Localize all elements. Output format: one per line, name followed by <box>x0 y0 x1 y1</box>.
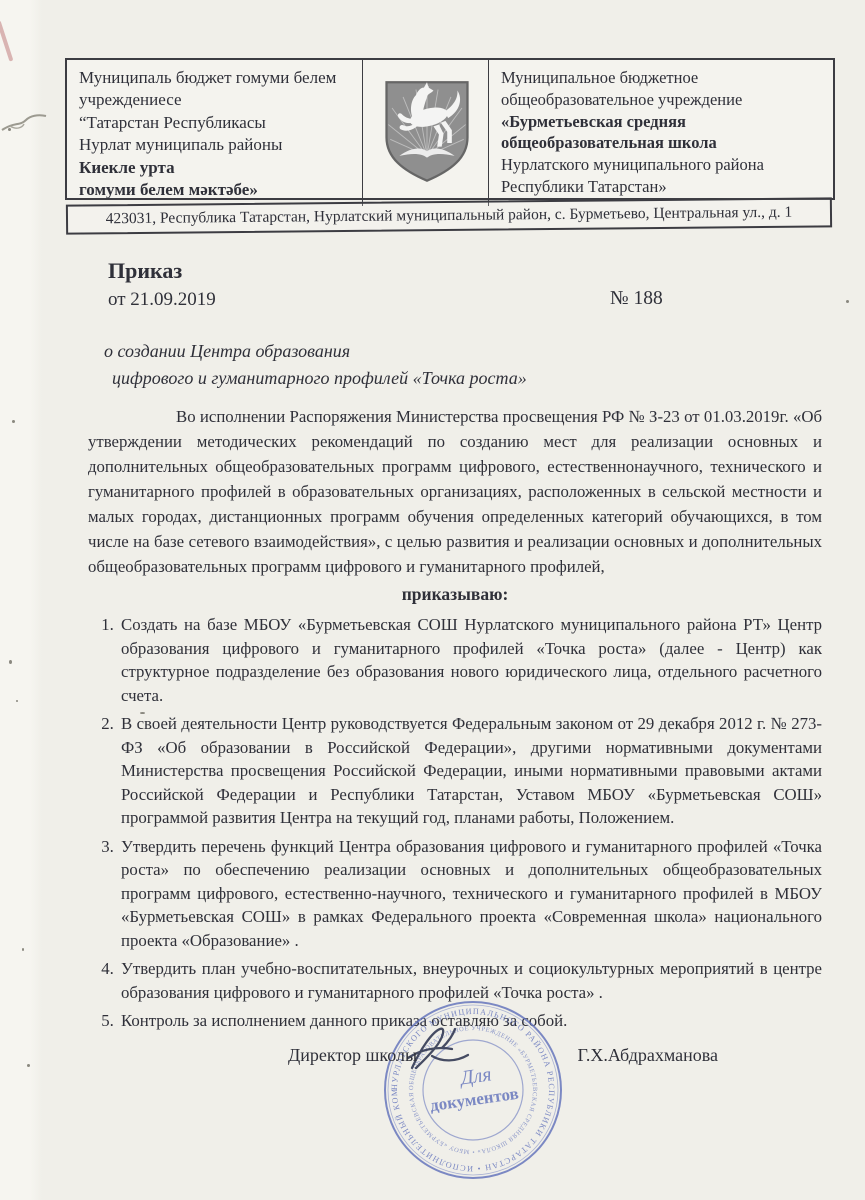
order-body: Во исполнении Распоряжения Министерства … <box>88 404 822 1038</box>
scan-speck <box>27 1064 30 1067</box>
org-name-tatar-line: гомуми белем мәктәбе» <box>79 179 352 201</box>
org-name-russian: Муниципальное бюджетное общеобразователь… <box>489 60 833 206</box>
decree-word: приказываю: <box>88 584 822 605</box>
scan-scratch-mark <box>0 92 70 142</box>
scan-speck <box>8 128 11 131</box>
order-number: № 188 <box>610 288 663 310</box>
org-name-russian-line: Нурлатского муниципального района <box>501 154 823 176</box>
scanned-document-page: Муниципаль бюджет гомуми белем учреждени… <box>0 0 865 1200</box>
order-items-list: Создать на базе МБОУ «Бурметьевская СОШ … <box>88 613 822 1033</box>
signature-name: Г.Х.Абдрахманова <box>578 1045 718 1066</box>
org-name-russian-line: Муниципальное бюджетное <box>501 67 823 89</box>
org-name-tatar-line: Киекле урта <box>79 157 352 179</box>
org-name-russian-line: общеобразовательная школа <box>501 132 823 154</box>
order-title: Приказ <box>108 258 216 284</box>
org-name-russian-line: «Бурметьевская средняя <box>501 111 823 133</box>
letterhead-table: Муниципаль бюджет гомуми белем учреждени… <box>65 58 835 200</box>
svg-text:документов: документов <box>429 1084 520 1115</box>
org-name-tatar-line: Муниципаль бюджет гомуми белем <box>79 67 352 89</box>
org-name-tatar-line: Нурлат муниципаль районы <box>79 134 352 156</box>
order-heading: Приказ от 21.09.2019 <box>108 258 216 311</box>
scan-speck <box>12 420 15 423</box>
order-date: от 21.09.2019 <box>108 289 216 311</box>
order-item-1: Создать на базе МБОУ «Бурметьевская СОШ … <box>118 613 822 707</box>
order-subject-line: о создании Центра образования <box>104 338 527 365</box>
coat-of-arms-emblem <box>381 76 473 186</box>
scan-speck <box>846 300 849 303</box>
order-item-2: В своей деятельности Центр руководствует… <box>118 712 822 830</box>
order-item-3: Утвердить перечень функций Центра образо… <box>118 835 822 953</box>
scan-speck <box>9 660 12 664</box>
org-name-russian-line: общеобразовательное учреждение <box>501 89 823 111</box>
order-preamble: Во исполнении Распоряжения Министерства … <box>88 404 822 579</box>
order-subject-line: цифрового и гуманитарного профилей «Точк… <box>104 365 527 392</box>
scan-speck <box>16 700 18 702</box>
org-name-tatar: Муниципаль бюджет гомуми белем учреждени… <box>67 60 362 206</box>
scan-corner-mark <box>0 20 13 61</box>
scan-speck <box>22 948 24 951</box>
org-name-russian-line: Республики Татарстан» <box>501 176 823 198</box>
address-bar: 423031, Республика Татарстан, Нурлатский… <box>66 197 832 234</box>
signature-role: Директор школы <box>288 1045 417 1066</box>
signature-row: Директор школы Г.Х.Абдрахманова <box>288 1045 718 1066</box>
org-name-tatar-line: “Татарстан Республикасы <box>79 112 352 134</box>
coat-of-arms-cell <box>362 60 489 206</box>
org-name-tatar-line: учреждениесе <box>79 89 352 111</box>
order-subject: о создании Центра образования цифрового … <box>104 338 527 392</box>
